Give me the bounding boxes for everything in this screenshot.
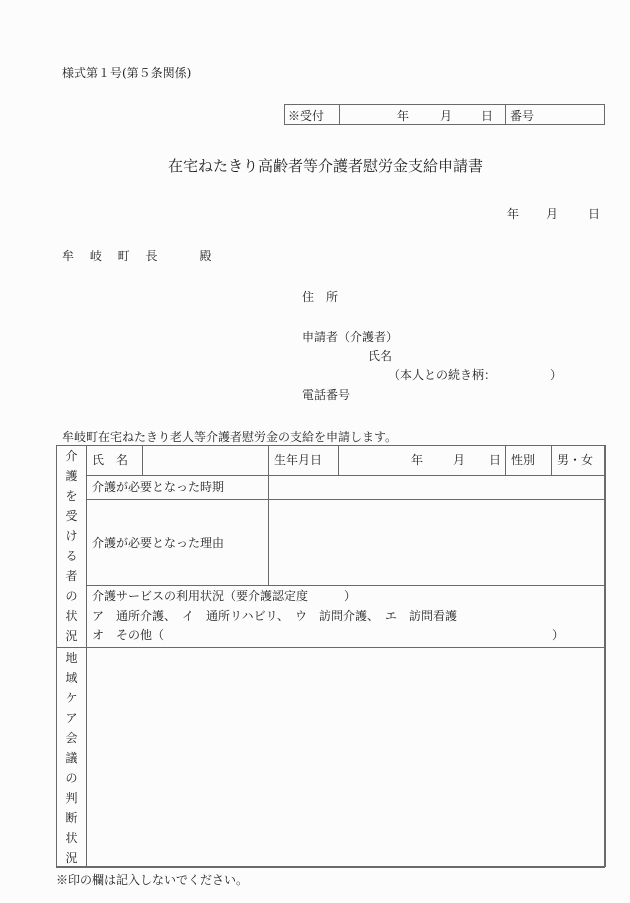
name-field[interactable] [143,446,268,475]
footnote: ※印の欄は記入しないでください。 [56,871,248,888]
service-usage-other[interactable]: オ その他（ [92,628,164,642]
form-number: 様式第１号(第５条関係) [62,64,191,81]
date-month[interactable]: 月 [546,205,558,222]
service-usage-line1: 介護サービスの利用状況（要介護認定度 ） [92,589,356,603]
reception-year[interactable]: 年 [397,107,409,124]
section-community-care-label: 地 域 ケ ア 会 議 の 判 断 状 況 [57,648,86,866]
birth-year[interactable]: 年 [411,453,423,467]
reception-day[interactable]: 日 [481,107,493,124]
phone-label: 電話番号 [302,386,350,403]
care-reason-label: 介護が必要となった理由 [92,536,224,550]
sex-select[interactable]: 男・女 [557,453,593,467]
community-care-judgment-field[interactable] [87,648,604,866]
applicant-label: 申請者（介護者） [302,328,398,345]
reception-month[interactable]: 月 [440,107,452,124]
sex-label: 性別 [511,453,535,467]
care-reason-field[interactable] [269,500,604,585]
birth-day[interactable]: 日 [489,453,501,467]
name-label: 氏 名 [92,453,128,467]
applicant-name-label: 氏名 [368,347,392,364]
relationship-label: （本人との続き柄： ） [388,366,562,383]
address-label: 住 所 [302,288,338,305]
section-care-recipient-label: 介 護 を 受 け る 者 の 状 況 [57,446,86,646]
service-usage-options[interactable]: ア 通所介護、 イ 通所リハビリ、 ウ 訪問介護、 エ 訪問看護 [92,609,457,623]
care-start-field[interactable] [269,476,604,499]
service-usage-other-close: ） [552,628,564,642]
date-day[interactable]: 日 [588,205,600,222]
reception-label: ※受付 [288,107,324,124]
date-year[interactable]: 年 [507,205,519,222]
addressee: 牟 岐 町 長 殿 [62,247,217,264]
birth-label: 生年月日 [274,453,322,467]
care-start-label: 介護が必要となった時期 [92,480,224,494]
page-title: 在宅ねたきり高齢者等介護者慰労金支給申請書 [168,155,483,176]
reception-number-label[interactable]: 番号 [510,107,534,124]
birth-month[interactable]: 月 [453,453,465,467]
statement: 牟岐町在宅ねたきり老人等介護者慰労金の支給を申請します。 [62,428,397,445]
